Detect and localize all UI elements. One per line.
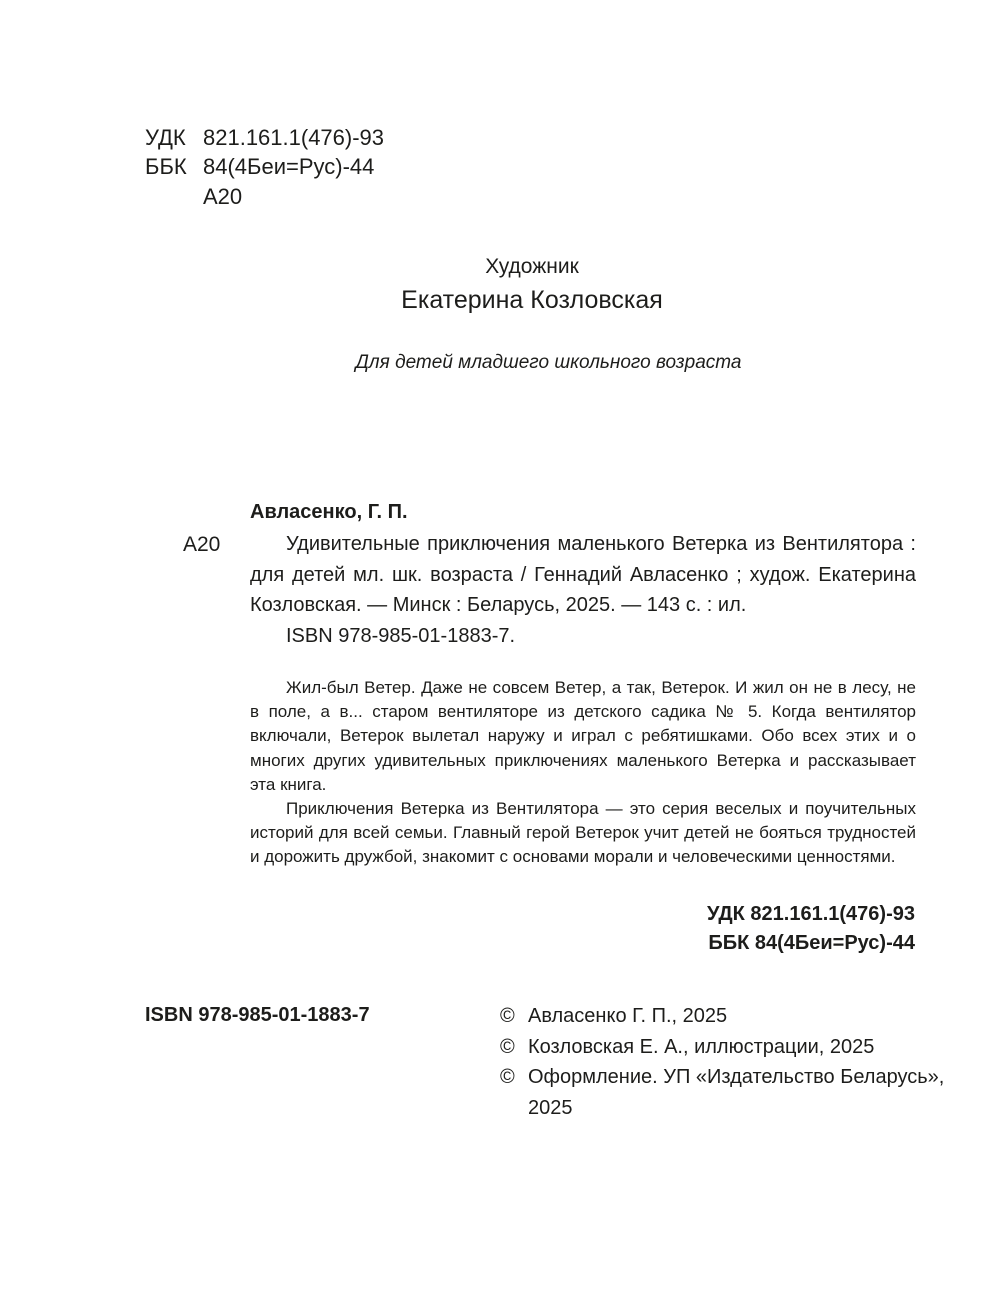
udk-line: УДК821.161.1(476)-93	[145, 124, 384, 152]
copyright-text: Козловская Е. А., иллюстрации, 2025	[528, 1036, 874, 1058]
cutter-value: А20	[203, 184, 242, 209]
isbn-line: ISBN 978-985-01-1883-7.	[250, 621, 916, 652]
copyright-icon: ©	[500, 1001, 528, 1032]
bbk-bold-line: ББК 84(4Беи=Рус)-44	[707, 929, 915, 958]
udk-value: 821.161.1(476)-93	[203, 125, 384, 150]
copyright-text: Авласенко Г. П., 2025	[528, 1005, 727, 1027]
illustrator-label: Художник	[0, 254, 1000, 280]
annotation-paragraph: Приключения Ветерка из Вентилятора — это…	[250, 797, 916, 870]
annotation: Жил-был Ветер. Даже не совсем Ветер, а т…	[250, 676, 916, 870]
age-note: Для детей младшего школьного возраста	[0, 350, 1000, 376]
author-heading: Авласенко, Г. П.	[250, 499, 408, 525]
bibliographic-description: Удивительные приключения маленького Вете…	[250, 529, 916, 652]
bbk-value: 84(4Беи=Рус)-44	[203, 154, 374, 179]
classification-block-bold: УДК 821.161.1(476)-93 ББК 84(4Беи=Рус)-4…	[707, 900, 915, 958]
bbk-label: ББК	[145, 153, 203, 181]
description-text: Удивительные приключения маленького Вете…	[250, 529, 916, 621]
illustrator-name: Екатерина Козловская	[0, 285, 1000, 315]
annotation-paragraph: Жил-был Ветер. Даже не совсем Ветер, а т…	[250, 676, 916, 797]
copyright-line: ©Авласенко Г. П., 2025	[500, 1001, 948, 1032]
isbn-bold: ISBN 978-985-01-1883-7	[145, 1001, 370, 1029]
bbk-line: ББК84(4Беи=Рус)-44	[145, 153, 374, 181]
copyright-text: Оформление. УП «Издательство Беларусь», …	[528, 1066, 944, 1119]
copyright-block: ©Авласенко Г. П., 2025 ©Козловская Е. А.…	[500, 1001, 948, 1123]
udk-label: УДК	[145, 124, 203, 152]
copyright-line: ©Козловская Е. А., иллюстрации, 2025	[500, 1032, 948, 1063]
cutter-line: А20	[145, 183, 242, 211]
copyright-line: ©Оформление. УП «Издательство Беларусь»,…	[500, 1062, 948, 1123]
copyright-icon: ©	[500, 1062, 528, 1093]
cutter-mark: А20	[183, 531, 220, 559]
udk-bold-line: УДК 821.161.1(476)-93	[707, 900, 915, 929]
copyright-icon: ©	[500, 1032, 528, 1063]
